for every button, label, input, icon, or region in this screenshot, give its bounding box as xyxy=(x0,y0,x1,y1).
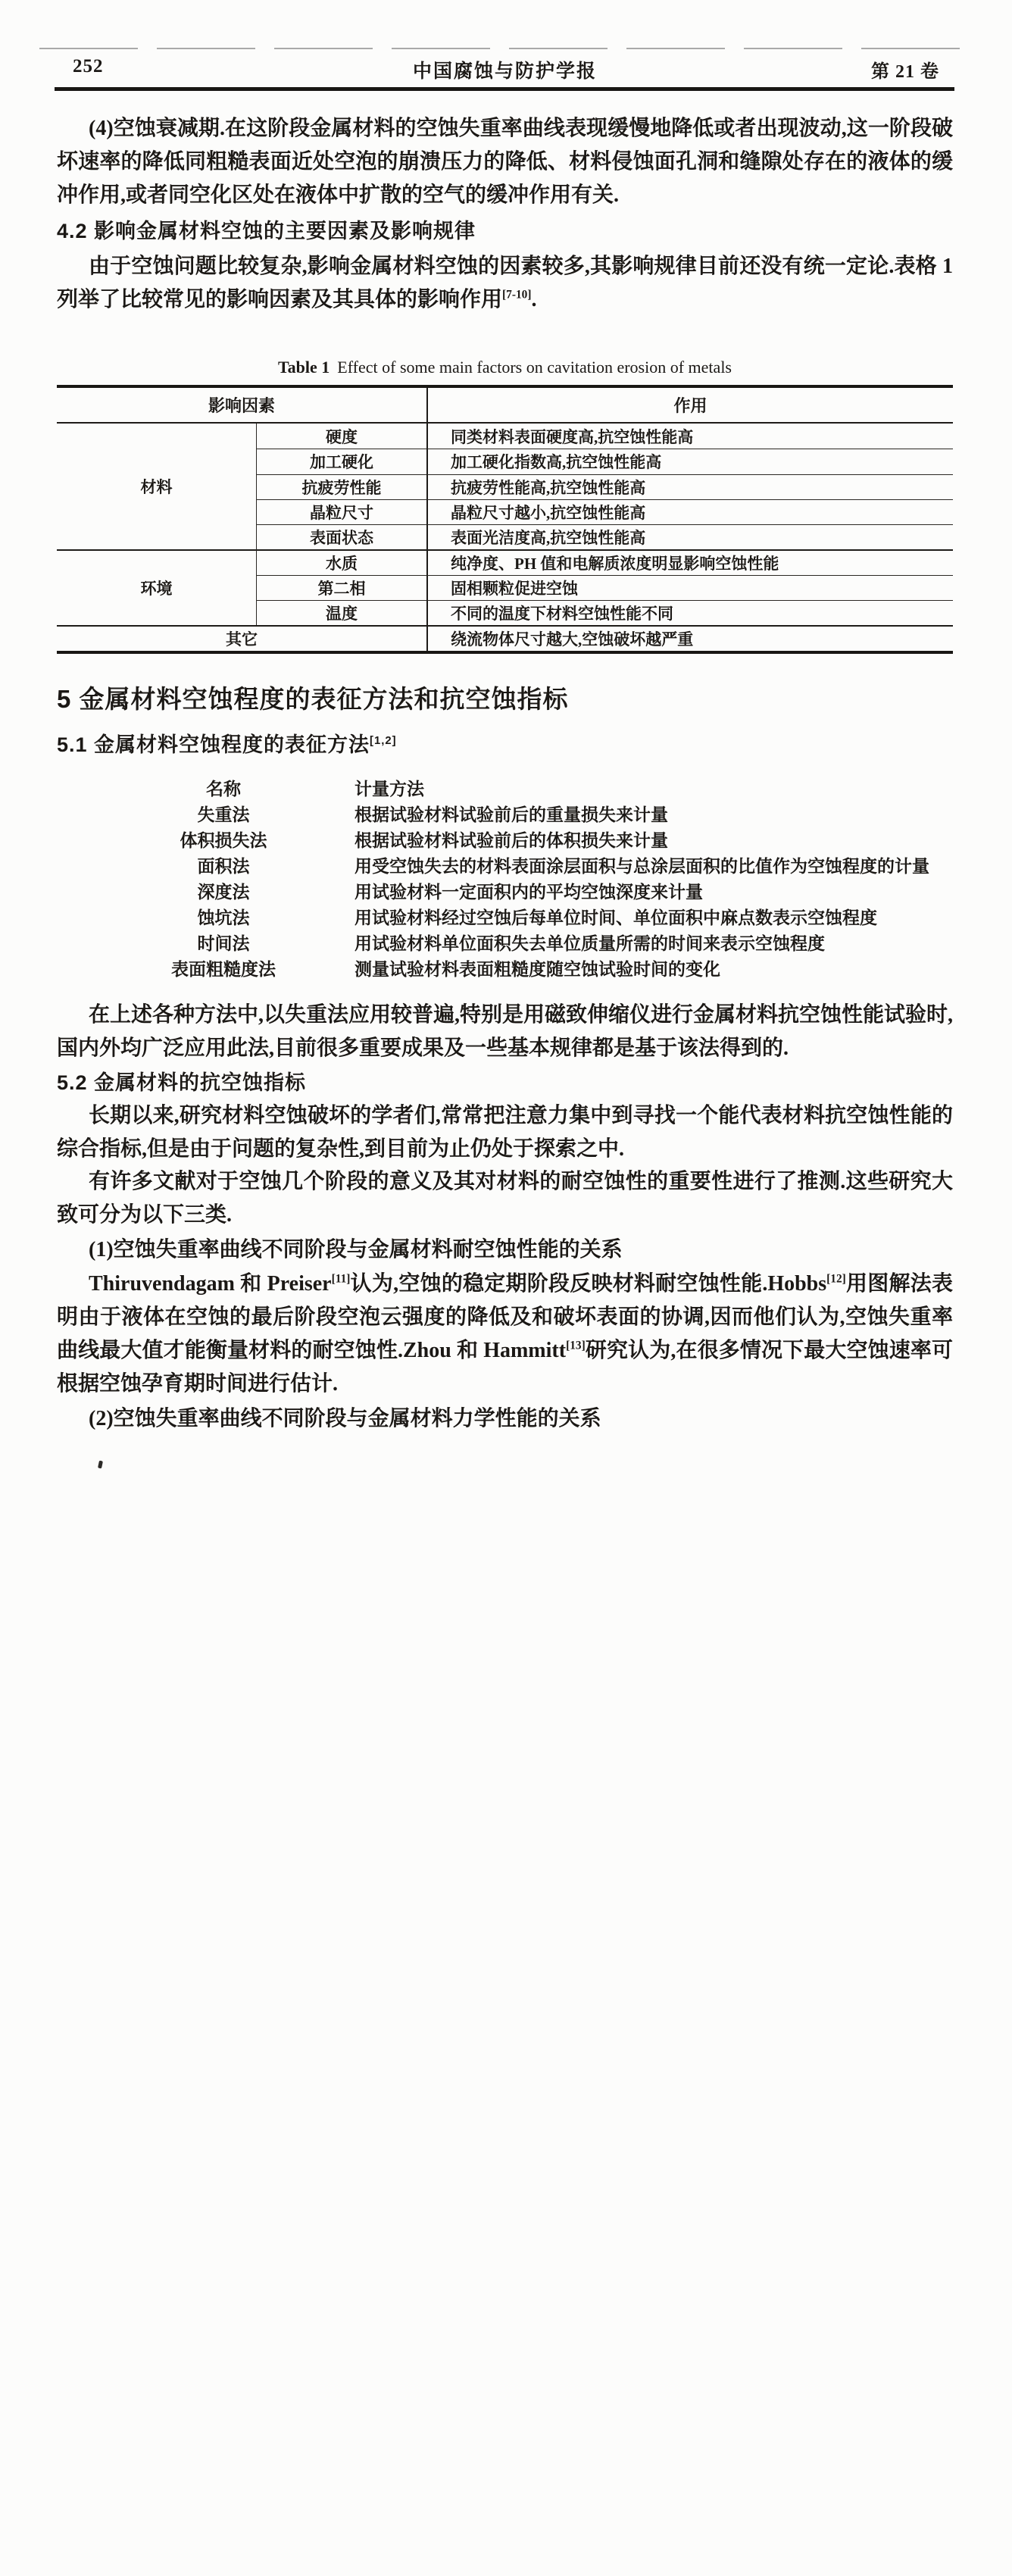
table-cell-effect: 绕流物体尺寸越大,空蚀破坏越严重 xyxy=(426,625,953,650)
heading-5-1: 5.1 金属材料空蚀程度的表征方法[1,2] xyxy=(57,732,953,758)
heading-4-2: 4.2 影响金属材料空蚀的主要因素及影响规律 xyxy=(57,218,953,244)
paragraph-weight-loss: 在上述各种方法中,以失重法应用较普遍,特别是用磁致伸缩仪进行金属材料抗空蚀性能试… xyxy=(57,999,953,1065)
method-row: 面积法 用受空蚀失去的材料表面涂层面积与总涂层面积的比值作为空蚀程度的计量 xyxy=(57,852,953,877)
table-cell-effect: 同类材料表面硬度高,抗空蚀性能高 xyxy=(426,424,953,449)
table-cell-factor: 表面状态 xyxy=(256,524,426,549)
method-row: 表面粗糙度法 测量试验材料表面粗糙度随空蚀试验时间的变化 xyxy=(57,955,953,980)
method-description: 用试验材料一定面积内的平均空蚀深度来计量 xyxy=(355,878,703,903)
table-factors: 影响因素 作用 材料 硬度 同类材料表面硬度高,抗空蚀性能高 加工硬化 加工硬化… xyxy=(57,385,953,654)
method-name: 蚀坑法 xyxy=(110,904,337,929)
method-name: 体积损失法 xyxy=(110,827,337,852)
method-row: 时间法 用试验材料单位面积失去单位质量所需的时间来表示空蚀程度 xyxy=(57,929,953,955)
citation-ref-11: [11] xyxy=(332,1273,351,1286)
table-cell-factor: 温度 xyxy=(256,600,426,625)
paragraph-text: 在上述各种方法中,以失重法应用较普遍,特别是用磁致伸缩仪进行金属材料抗空蚀性能试… xyxy=(57,1003,953,1060)
method-description: 用受空蚀失去的材料表面涂层面积与总涂层面积的比值作为空蚀程度的计量 xyxy=(355,852,929,877)
table-cell-factor: 加工硬化 xyxy=(256,449,426,474)
method-row: 体积损失法 根据试验材料试验前后的体积损失来计量 xyxy=(57,826,953,852)
scan-artifact-dot xyxy=(98,1461,103,1469)
table-cell-factor: 晶粒尺寸 xyxy=(256,499,426,524)
table-cell-factor: 水质 xyxy=(256,549,426,574)
methods-col-name: 名称 xyxy=(110,775,337,800)
heading-5-2: 5.2 金属材料的抗空蚀指标 xyxy=(57,1070,953,1096)
citation-ref-12: [12] xyxy=(826,1273,846,1286)
method-row: 深度法 用试验材料一定面积内的平均空蚀深度来计量 xyxy=(57,877,953,903)
table-cell-factor: 硬度 xyxy=(256,424,426,449)
paragraph-text: 有许多文献对于空蚀几个阶段的意义及其对材料的耐空蚀性的重要性进行了推测.这些研究… xyxy=(57,1170,953,1227)
method-description: 用试验材料单位面积失去单位质量所需的时间来表示空蚀程度 xyxy=(355,930,825,955)
scanned-paper-page: { "header": { "page_number": "252", "jou… xyxy=(0,0,1012,2576)
table-cell-effect: 不同的温度下材料空蚀性能不同 xyxy=(426,600,953,625)
table-cell-factor: 抗疲劳性能 xyxy=(256,474,426,499)
methods-list: 名称 计量方法 失重法 根据试验材料试验前后的重量损失来计量 体积损失法 根据试… xyxy=(57,774,953,980)
scan-edge-line xyxy=(39,48,979,49)
table-group-environment: 环境 xyxy=(57,549,256,625)
method-description: 测量试验材料表面粗糙度随空蚀试验时间的变化 xyxy=(355,955,720,980)
table-header-factor: 影响因素 xyxy=(57,388,426,424)
paragraph-text: 由于空蚀问题比较复杂,影响金属材料空蚀的因素较多,其影响规律目前还没有统一定论.… xyxy=(57,255,953,311)
heading-text: 5.1 金属材料空蚀程度的表征方法 xyxy=(57,733,370,756)
journal-title: 中国腐蚀与防护学报 xyxy=(57,56,953,83)
methods-col-method: 计量方法 xyxy=(355,775,424,800)
paragraph-text: 长期以来,研究材料空蚀破坏的学者们,常常把注意力集中到寻找一个能代表材料抗空蚀性… xyxy=(57,1104,953,1161)
method-description: 用试验材料经过空蚀后每单位时间、单位面积中麻点数表示空蚀程度 xyxy=(355,904,877,929)
paragraph-long-term: 长期以来,研究材料空蚀破坏的学者们,常常把注意力集中到寻找一个能代表材料抗空蚀性… xyxy=(57,1099,953,1166)
method-description: 根据试验材料试验前后的重量损失来计量 xyxy=(355,801,668,826)
citation-ref-1-2: [1,2] xyxy=(370,735,397,747)
paragraph-text: Thiruvendagam 和 Preiser xyxy=(89,1272,332,1296)
table-group-other: 其它 xyxy=(57,625,426,650)
table-cell-effect: 加工硬化指数高,抗空蚀性能高 xyxy=(426,449,953,474)
method-row: 蚀坑法 用试验材料经过空蚀后每单位时间、单位面积中麻点数表示空蚀程度 xyxy=(57,903,953,929)
method-name: 失重法 xyxy=(110,801,337,826)
table-group-material: 材料 xyxy=(57,424,256,549)
citation-ref-13: [13] xyxy=(566,1340,586,1352)
header-rule xyxy=(55,87,954,91)
paragraph-decay-stage: (4)空蚀衰减期.在这阶段金属材料的空蚀失重率曲线表现缓慢地降低或者出现波动,这… xyxy=(57,112,953,212)
heading-5: 5 金属材料空蚀程度的表征方法和抗空蚀指标 xyxy=(57,684,953,714)
volume-label: 第 21 卷 xyxy=(871,56,939,83)
table-cell-factor: 第二相 xyxy=(256,575,426,600)
method-description: 根据试验材料试验前后的体积损失来计量 xyxy=(355,827,668,852)
citation-ref-7-10: [7-10] xyxy=(502,289,531,302)
paragraph-text: (4)空蚀衰减期.在这阶段金属材料的空蚀失重率曲线表现缓慢地降低或者出现波动,这… xyxy=(57,117,953,207)
table-cell-effect: 表面光洁度高,抗空蚀性能高 xyxy=(426,524,953,549)
paragraph-text: . xyxy=(531,288,536,311)
method-name: 表面粗糙度法 xyxy=(110,955,337,980)
methods-header-row: 名称 计量方法 xyxy=(57,774,953,800)
paragraph-literature: 有许多文献对于空蚀几个阶段的意义及其对材料的耐空蚀性的重要性进行了推测.这些研究… xyxy=(57,1165,953,1232)
table-header-effect: 作用 xyxy=(426,388,953,424)
table-cell-effect: 固相颗粒促进空蚀 xyxy=(426,575,953,600)
table-caption-text: Effect of some main factors on cavitatio… xyxy=(337,358,732,377)
list-item-1: (1)空蚀失重率曲线不同阶段与金属材料耐空蚀性能的关系 xyxy=(57,1233,953,1267)
table-caption: Table 1Effect of some main factors on ca… xyxy=(57,358,953,377)
method-name: 时间法 xyxy=(110,930,337,955)
table-cell-effect: 晶粒尺寸越小,抗空蚀性能高 xyxy=(426,499,953,524)
table-caption-label: Table 1 xyxy=(278,358,330,377)
table-cell-effect: 抗疲劳性能高,抗空蚀性能高 xyxy=(426,474,953,499)
paragraph-influence-factors: 由于空蚀问题比较复杂,影响金属材料空蚀的因素较多,其影响规律目前还没有统一定论.… xyxy=(57,250,953,317)
method-row: 失重法 根据试验材料试验前后的重量损失来计量 xyxy=(57,800,953,826)
paragraph-text: 认为,空蚀的稳定期阶段反映材料耐空蚀性能.Hobbs xyxy=(350,1272,826,1296)
list-item-2: (2)空蚀失重率曲线不同阶段与金属材料力学性能的关系 xyxy=(57,1402,953,1436)
method-name: 面积法 xyxy=(110,852,337,877)
paragraph-references: Thiruvendagam 和 Preiser[11]认为,空蚀的稳定期阶段反映… xyxy=(57,1268,953,1401)
table-cell-effect: 纯净度、PH 值和电解质浓度明显影响空蚀性能 xyxy=(426,549,953,574)
method-name: 深度法 xyxy=(110,878,337,903)
